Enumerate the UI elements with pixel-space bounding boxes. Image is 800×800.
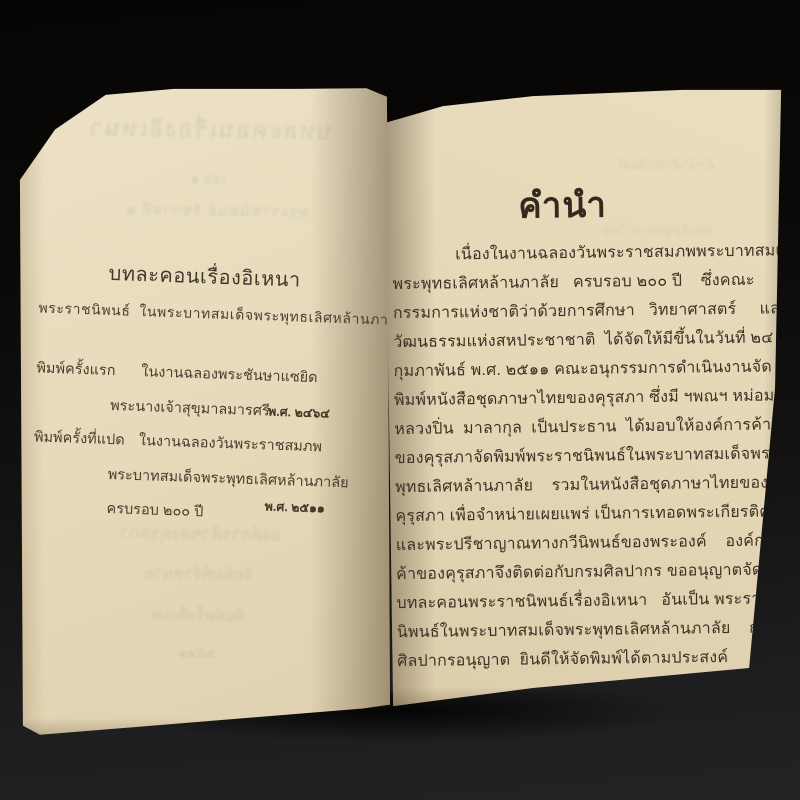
right-book-page: คำนำสำนักพิมพ์ หนังสือชุดภาษาไทย คำนำ เน… — [383, 88, 788, 713]
page-text-line: ศิลปากรอนุญาต ยินดีให้จัดพิมพ์ได้ตามประส… — [397, 645, 769, 679]
page-text-line: นิพนธ์ในพระบาทสมเด็จพระพุทธเลิศหล้านภาลั… — [397, 616, 769, 650]
edition-first-year: พ.ศ. ๒๔๖๔ — [268, 402, 330, 424]
page-text-line: พระพุทธเลิศหล้านภาลัย ครบรอบ ๒๐๐ ปี ซึ่ง… — [392, 268, 764, 302]
show-through-text: พระราชนิพนธ์ รัชกาลที่ ๒ — [97, 197, 337, 225]
show-through-text: คำนำสำนักพิมพ์ — [577, 154, 757, 177]
edition-eighth-line2: พระบาทสมเด็จพระพุทธเลิศหล้านภาลัย — [107, 463, 349, 494]
left-book-page: บทละคอนเรื่องอิเหนา เล่ม ๑ พระราชนิพนธ์ … — [15, 85, 393, 740]
edition-eighth-year: พ.ศ. ๒๕๑๑ — [264, 496, 325, 518]
edition-first-line1: ในงานฉลองพระชันษาแซยิด — [141, 360, 318, 389]
page-text-line: ของคุรุสภาจัดพิมพ์พระราชนิพนธ์ในพระบาทสม… — [395, 442, 767, 476]
page-text-line: และพระปรีชาญาณทางกวีนิพนธ์ของพระองค์ องค… — [396, 529, 768, 563]
edition-first-label: พิมพ์ครั้งแรก — [36, 356, 116, 382]
page-text-line: หลวงปิ่น มาลากุล เป็นประธาน ได้มอบให้องค… — [394, 413, 766, 447]
page-text-line: พิมพ์หนังสือชุดภาษาไทยของคุรุสภา ซึ่งมี … — [394, 384, 766, 418]
page-text-line: วัฒนธรรมแห่งสหประชาชาติ ได้จัดให้มีขึ้นใ… — [393, 326, 765, 360]
page-text-line: พุทธเลิศหล้านภาลัย รวมในหนังสือชุดภาษาไท… — [395, 471, 767, 505]
show-through-text: เล่ม ๑ — [138, 167, 278, 191]
show-through-text: พิมพ์ครั้งที่แปด — [103, 602, 293, 629]
left-page-subtitle: พระราชนิพนธ์ ในพระบาทสมเด็จพระพุทธเลิศหล… — [38, 297, 389, 331]
preface-heading: คำนำ — [442, 177, 683, 235]
page-text-line: คุรุสภา เพื่อจำหน่ายเผยแพร่ เป็นการเทอดพ… — [395, 500, 767, 534]
left-page-content: บทละคอนเรื่องอิเหนา เล่ม ๑ พระราชนิพนธ์ … — [0, 84, 399, 752]
page-text-line: กุมภาพันธ์ พ.ศ. ๒๕๑๑ คณะอนุกรรมการดำเนิน… — [393, 355, 765, 389]
edition-eighth-line1: ในงานฉลองวันพระราชสมภพ — [139, 429, 323, 458]
edition-first-line2: พระนางเจ้าสุขุมาลมารศรี — [110, 394, 270, 423]
edition-eighth-label: พิมพ์ครั้งที่แปด — [34, 425, 126, 451]
right-page-content: คำนำสำนักพิมพ์ หนังสือชุดภาษาไทย คำนำ เน… — [381, 83, 794, 713]
show-through-text: บทละคอนเรื่องอิเหนา — [75, 110, 346, 151]
left-page-title: บทละคอนเรื่องอิเหนา — [44, 255, 365, 298]
page-text-line: ค้าของคุรุสภาจึงติดต่อกับกรมศิลปากร ขออน… — [396, 558, 768, 592]
show-through-text: จัดพิมพ์จำหน่าย — [99, 560, 299, 588]
show-through-text: องค์การค้าของคุรุสภา — [85, 518, 315, 549]
show-through-text: ๒๕๑๑ — [131, 641, 261, 665]
page-text-line: กรรมการแห่งชาติว่าด้วยการศึกษา วิทยาศาสต… — [393, 297, 765, 331]
page-text-line: บทละคอนพระราชนิพนธ์เรื่องอิเหนา อันเป็น … — [396, 587, 768, 621]
